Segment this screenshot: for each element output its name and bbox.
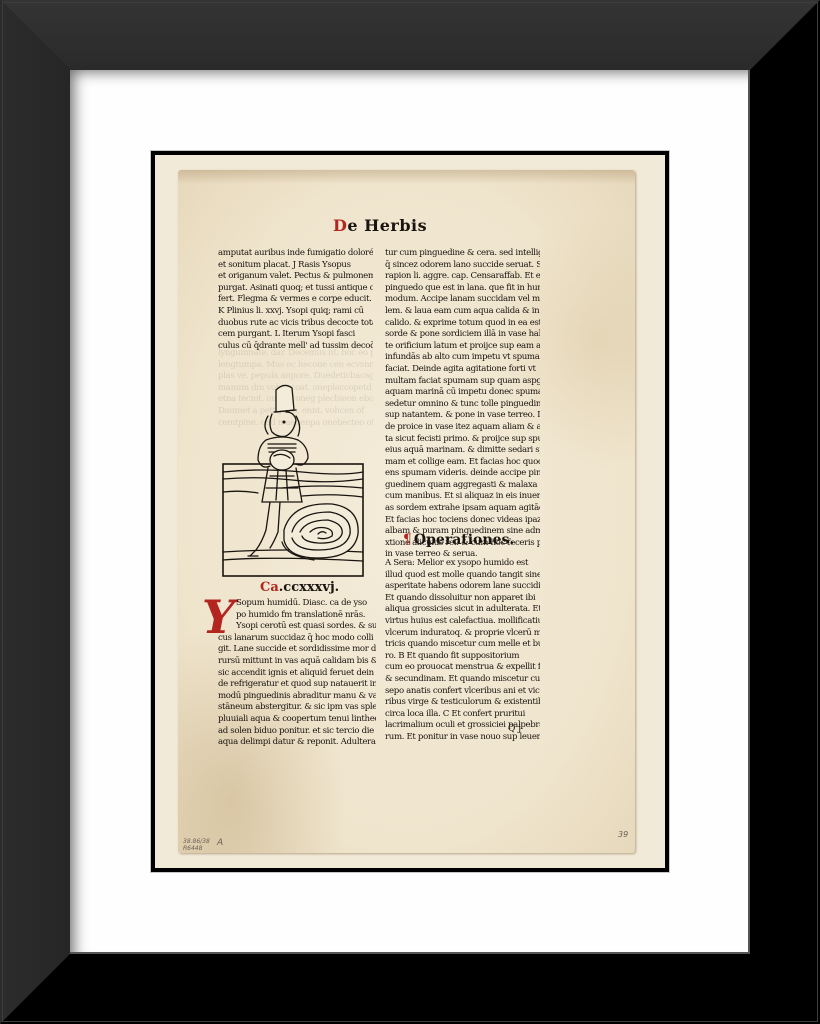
catalog-line-2: R6448 xyxy=(183,845,210,852)
chapter-number: .ccxxxvj. xyxy=(279,580,339,595)
text-line: aqua delimpi datur & reponit. Adultera xyxy=(218,737,376,749)
ghost-line: lyngumnate. dar. Decemus nt. hoc eo pala xyxy=(218,348,373,360)
signature-mark: Q j xyxy=(508,724,521,734)
text-line: q̄ sincez odorem lano succide seruat. Se xyxy=(385,260,540,272)
text-line: pinguedo que est in lana. que fit in hun… xyxy=(385,283,540,295)
text-line: cum manibus. Et si aliquaz in eis inueni xyxy=(385,491,540,503)
chapter-heading: Ca.ccxxxvj. xyxy=(260,580,339,595)
ghost-line: lengtumpa. Mus ec hecone cen ecvsnnerca xyxy=(218,360,373,372)
text-line: ta sicut fecisti primo. & proijce sup sp… xyxy=(385,434,540,446)
catalog-letter: A xyxy=(217,840,223,847)
text-line: lem. & laua eam cum aqua calida & in sol… xyxy=(385,306,540,318)
text-line: guedinem quam aggregasti & malaxa cā xyxy=(385,480,540,492)
left-column-top: amputat auribus inde fumigatio doloré et… xyxy=(218,248,373,352)
text-line: ens spumam videris. deinde accipe pin xyxy=(385,468,540,480)
text-line: modum. Accipe lanam succidam vel mol xyxy=(385,294,540,306)
text-line: pluuiali aqua & coopertum tenui lintheo xyxy=(218,714,376,726)
text-line: modū pinguedinis abraditur manu & vas xyxy=(218,691,376,703)
frame-top-bevel xyxy=(0,0,820,70)
section-title: Operationes. xyxy=(414,532,514,548)
manuscript-page: De Herbis amputat auribus inde fumigatio… xyxy=(178,170,635,853)
text-line: A Sera: Melior ex ysopo humido est xyxy=(385,558,540,570)
text-line: & secundinam. Et quando miscetur cum xyxy=(385,674,540,686)
text-line: calido. & exprime totum quod in ea est e… xyxy=(385,318,540,330)
text-line: faciat. Deinde agita agitatione forti vt xyxy=(385,364,540,376)
text-line: git. Lane succide et sordidissime mor de xyxy=(218,644,376,656)
pilcrow-mark: ¶ xyxy=(403,532,412,548)
woodcut-illustration xyxy=(222,380,364,578)
text-line: ad solen biduo ponitur. et sic tercio di… xyxy=(218,726,376,738)
text-line: aquam marinā cū impetu donec spuma xyxy=(385,387,540,399)
text-line: stāneum abstergitur. & sic ipm vas sple xyxy=(218,702,376,714)
paper-stain xyxy=(178,170,635,184)
text-line: Et quando dissoluitur non apparet ibi xyxy=(385,593,540,605)
text-line: cem purgant. L Iterum Ysopi fasci xyxy=(218,329,373,341)
header-initial: D xyxy=(333,216,347,235)
text-line: et sonitum placat. J Rasis Ysopus xyxy=(218,260,373,272)
text-line: cum eo prouocat menstrua & expellit fetū xyxy=(385,662,540,674)
text-line: purgat. Asinati quoq; et tussi antique c… xyxy=(218,283,373,295)
header-text: e Herbis xyxy=(347,216,427,235)
text-line: mam et collige eam. Et facias hoc quoci xyxy=(385,457,540,469)
text-line: Et facias hoc tociens donec videas ipaz xyxy=(385,515,540,527)
text-line: vlcerum induratoq. & proprie vlcerū ma xyxy=(385,628,540,640)
text-line: et origanum valet. Pectus & pulmonem xyxy=(218,271,373,283)
text-line: de refrigeratur et quod sup natauerit in xyxy=(218,679,376,691)
text-line: cus lanarum succidaz q̄ hoc modo colli xyxy=(218,633,376,645)
catalog-line-1: 38.86/38 xyxy=(183,838,210,845)
text-line: ribus virge & testiculorum & existentibu… xyxy=(385,697,540,709)
text-line: eius aquā marinam. & dimitte sedari spu xyxy=(385,445,540,457)
folio-number: 39 xyxy=(618,830,628,839)
text-line: tur cum pinguedine & cera. sed intelligi… xyxy=(385,248,540,260)
section-heading: ¶Operationes. xyxy=(403,532,514,548)
text-line: Sopum humidū. Diasc. ca de yso xyxy=(236,598,376,610)
text-line: tricis quando miscetur cum melle et buti xyxy=(385,639,540,651)
text-line: as sordem extrahe ipsam aquam agitādo xyxy=(385,503,540,515)
text-line: Ysopi cerotū est quasi sordes. & suc xyxy=(236,621,376,633)
right-column-bottom: A Sera: Melior ex ysopo humido est illud… xyxy=(385,558,540,744)
text-line: rapion li. aggre. cap. Censaraffab. Et e… xyxy=(385,271,540,283)
text-line: sup natantem. & pone in vase terreo. Dei… xyxy=(385,410,540,422)
text-line: aliqua grossicies sicut in adulterata. E… xyxy=(385,604,540,616)
text-line: duobus rute ac vicis tribus decocte tota xyxy=(218,318,373,330)
text-line: virtus huius est calefactiua. mollificat… xyxy=(385,616,540,628)
text-line: fert. Flegma & vermes e corpe educit. xyxy=(218,294,373,306)
right-column-top: tur cum pinguedine & cera. sed intelligi… xyxy=(385,248,540,561)
text-line: ro. B Et quando fit suppositorium xyxy=(385,651,540,663)
text-line: amputat auribus inde fumigatio doloré xyxy=(218,248,373,260)
catalog-number: 38.86/38 R6448 A xyxy=(183,838,210,852)
text-line: sorde & pone sordiciem illā in vase habe… xyxy=(385,329,540,341)
text-line: illud quod est molle quando tangit sine xyxy=(385,570,540,582)
left-column-bottom: Sopum humidū. Diasc. ca de yso po humido… xyxy=(236,598,376,749)
frame-left-bevel xyxy=(0,0,70,1024)
text-line: de proice in vase itez aquam aliam & agi xyxy=(385,422,540,434)
text-line: circa loca illa. C Et confert pruritui xyxy=(385,709,540,721)
text-line: multam faciat spumam sup quam aspge xyxy=(385,376,540,388)
chapter-initial: Ca xyxy=(260,580,279,595)
page-header: De Herbis xyxy=(333,216,427,235)
text-line: rursū mittunt in vas aquā calidam bis & xyxy=(218,656,376,668)
text-line: infundās ab alto cum impetu vt spumaz xyxy=(385,352,540,364)
text-line: te orificium latum et proijce sup eam aq… xyxy=(385,341,540,353)
text-line: K Plinius li. xxvj. Ysopi quiq; rami cū xyxy=(218,306,373,318)
text-line: asperitate habens odorem lane succidi. xyxy=(385,581,540,593)
text-line: sedetur omnino & tunc tolle pinguedinem xyxy=(385,399,540,411)
text-line: po humido fm translationē nrās. xyxy=(236,610,376,622)
text-line: sepo anatis confert vlceribus ani et vic… xyxy=(385,686,540,698)
text-line: sic accendit ignis et aliquid feruet dei… xyxy=(218,668,376,680)
